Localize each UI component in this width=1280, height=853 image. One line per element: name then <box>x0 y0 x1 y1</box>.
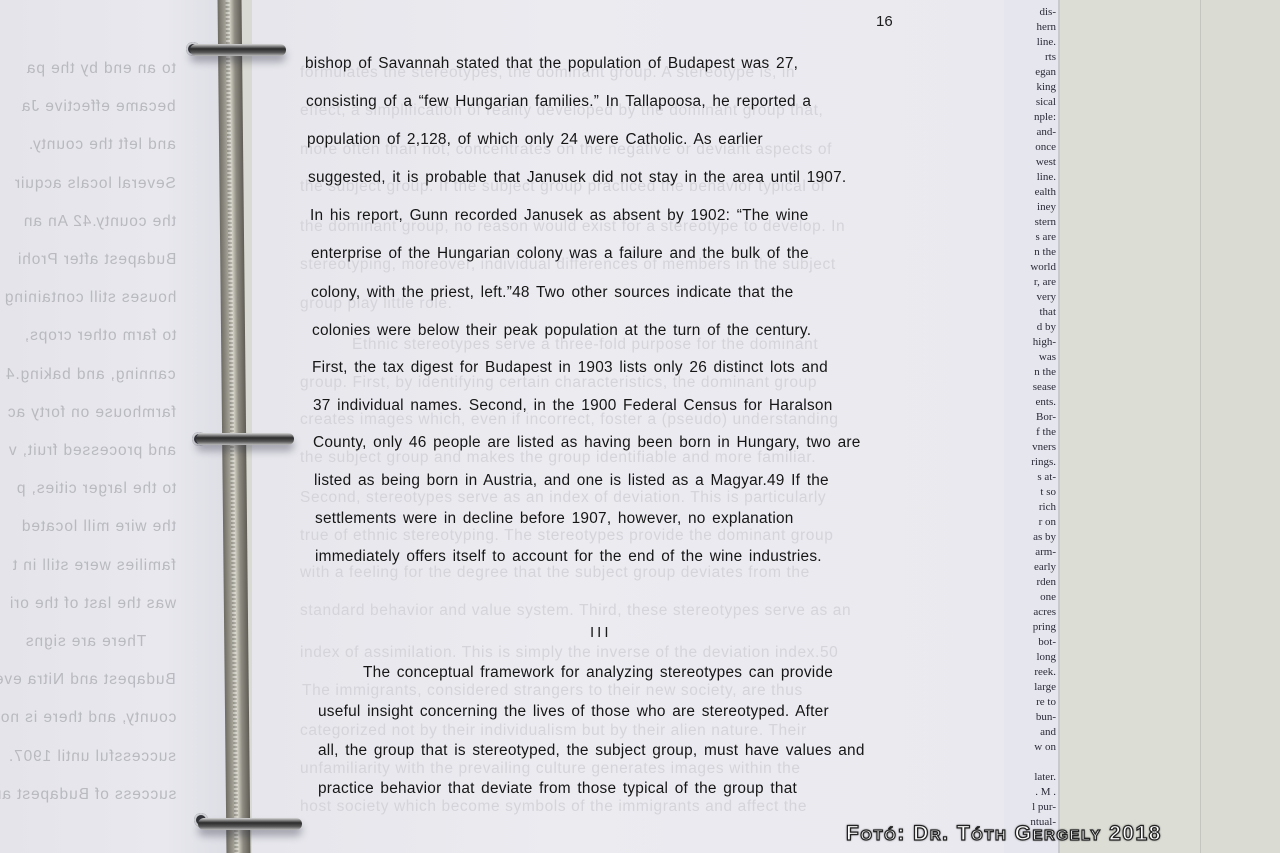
underlying-text-fragment: sical <box>1036 96 1056 108</box>
underlying-text-fragment: long <box>1036 651 1056 663</box>
underlying-text-fragment: s at- <box>1037 471 1056 483</box>
underlying-text-fragment: pring <box>1033 621 1056 633</box>
body-text-line: practice behavior that deviate from thos… <box>318 780 797 798</box>
underlying-text-fragment: early <box>1034 561 1056 573</box>
underlying-text-fragment: n the <box>1034 366 1056 378</box>
underlying-text-fragment: rden <box>1036 576 1056 588</box>
background-surface <box>1201 0 1280 853</box>
underlying-text-fragment: and- <box>1036 126 1056 138</box>
bleed-through-line: Second, stereotypes serve as an index of… <box>300 489 826 507</box>
underlying-text-fragment: stern <box>1035 216 1056 228</box>
underlying-text-fragment: west <box>1036 156 1056 168</box>
mirrored-text-line: There are signs <box>25 633 146 651</box>
underlying-text-fragment: very <box>1036 291 1056 303</box>
mirrored-text-line: the wire mill located <box>21 518 176 536</box>
mirrored-text-line: Several locals acquir <box>14 175 176 193</box>
mirrored-text-line: and left the county. <box>28 136 176 154</box>
bleed-through-line: host society which become symbols of the… <box>300 798 807 816</box>
body-text-line: consisting of a “few Hungarian families.… <box>306 93 811 111</box>
underlying-text-fragment: ealth <box>1035 186 1056 198</box>
mirrored-text-line: to an end by the pa <box>26 60 176 78</box>
underlying-text-fragment: hern <box>1036 21 1056 33</box>
mirrored-text-line: canning, and baking.4 <box>5 366 176 384</box>
underlying-text-fragment: d by <box>1037 321 1056 333</box>
underlying-text-fragment: f the <box>1036 426 1056 438</box>
underlying-page-strip: dis-hernline.rtsegankingsicalnple:and-on… <box>1004 0 1060 853</box>
underlying-text-fragment: one <box>1040 591 1056 603</box>
underlying-text-fragment: rts <box>1045 51 1056 63</box>
underlying-text-fragment: that <box>1040 306 1057 318</box>
mirrored-text-line: to farm other crops, <box>24 327 176 345</box>
photo-credit-watermark: Fotó: Dr. Tóth Gergely 2018 <box>846 822 1162 846</box>
mirrored-text-line: to the larger cities, p <box>16 480 176 498</box>
binder-ring <box>196 433 294 445</box>
mirrored-text-line: families were still in t <box>12 557 176 575</box>
underlying-text-fragment: world <box>1030 261 1056 273</box>
underlying-text-fragment: line. <box>1037 36 1056 48</box>
plastic-sleeve-edge <box>1058 0 1203 853</box>
bleed-through-line: with a feeling for the degree that the s… <box>300 564 810 582</box>
body-text-line: all, the group that is stereotyped, the … <box>318 742 865 760</box>
underlying-text-fragment: nple: <box>1034 111 1056 123</box>
underlying-text-fragment: high- <box>1033 336 1056 348</box>
bleed-through-line: index of assimilation. This is simply th… <box>300 644 838 662</box>
body-text-line: listed as being born in Austria, and one… <box>314 472 829 490</box>
underlying-text-fragment: as by <box>1033 531 1056 543</box>
body-text-line: County, only 46 people are listed as hav… <box>313 434 861 452</box>
underlying-text-fragment: r, are <box>1034 276 1056 288</box>
bleed-through-line: The immigrants, considered strangers to … <box>302 682 803 700</box>
underlying-text-fragment: later. <box>1034 771 1056 783</box>
underlying-text-fragment: king <box>1036 81 1056 93</box>
underlying-text-fragment: acres <box>1033 606 1056 618</box>
bleed-through-line: true of ethnic stereotyping. The stereot… <box>300 527 833 545</box>
mirrored-text-line: success of Budapest an <box>0 786 176 804</box>
underlying-text-fragment: once <box>1035 141 1056 153</box>
underlying-text-fragment: ents. <box>1036 396 1056 408</box>
body-text-line: The conceptual framework for analyzing s… <box>363 664 833 682</box>
document-page: 16 formulates the stereotypes, the domin… <box>252 0 1012 853</box>
underlying-text-fragment: rings. <box>1031 456 1056 468</box>
underlying-text-fragment: dis- <box>1040 6 1057 18</box>
binder-ring <box>190 44 286 56</box>
body-text-line: suggested, it is probable that Janusek d… <box>308 169 846 187</box>
underlying-text-fragment: w on <box>1034 741 1056 753</box>
binder-ring <box>198 818 302 830</box>
underlying-text-fragment: s are <box>1036 231 1056 243</box>
mirrored-text-line: county, and there is no <box>0 709 176 727</box>
underlying-text-fragment: egan <box>1035 66 1056 78</box>
underlying-text-fragment: line. <box>1037 171 1056 183</box>
underlying-text-fragment: was <box>1039 351 1056 363</box>
underlying-text-fragment: t so <box>1040 486 1056 498</box>
mirrored-text-line: Budapest after Prohi <box>17 251 176 269</box>
mirrored-text-line: farmhouse on forty ac <box>7 404 176 422</box>
facing-page: to an end by the pabecame effective Jaan… <box>0 0 236 853</box>
underlying-text-fragment: Bor- <box>1036 411 1056 423</box>
bleed-through-line: standard behavior and value system. Thir… <box>300 602 851 620</box>
underlying-text-fragment: l pur- <box>1032 801 1056 813</box>
mirrored-text-line: successful until 1907. <box>8 748 176 766</box>
body-text-line: settlements were in decline before 1907,… <box>315 510 794 528</box>
body-text-line: useful insight concerning the lives of t… <box>318 703 829 721</box>
body-text-line: population of 2,128, of which only 24 we… <box>307 131 763 149</box>
underlying-text-fragment: vners <box>1032 441 1056 453</box>
mirrored-text-line: houses still containing <box>4 289 176 307</box>
underlying-text-fragment: iney <box>1037 201 1056 213</box>
underlying-text-fragment: bun- <box>1036 711 1056 723</box>
body-text-line: colonies were below their peak populatio… <box>312 322 811 340</box>
mirrored-text-line: the county.42 An an <box>23 213 176 231</box>
underlying-text-fragment: large <box>1034 681 1056 693</box>
mirrored-text-line: Budapest and Nitra eve <box>0 671 176 689</box>
mirrored-text-line: and processed fruit, v <box>8 442 176 460</box>
underlying-text-fragment: bot- <box>1038 636 1056 648</box>
section-heading: III <box>590 624 612 641</box>
body-text-line: 37 individual names. Second, in the 1900… <box>313 397 833 415</box>
body-text-line: immediately offers itself to account for… <box>315 548 822 566</box>
bleed-through-line: unfamiliarity with the prevailing cultur… <box>300 760 801 778</box>
underlying-text-fragment: n the <box>1034 246 1056 258</box>
mirrored-text-line: was the last of the ori <box>9 595 176 613</box>
body-text-line: colony, with the priest, left.”48 Two ot… <box>311 284 793 302</box>
bleed-through-line: categorized not by their individualism b… <box>300 722 807 740</box>
underlying-text-fragment: arm- <box>1035 546 1056 558</box>
body-text-line: bishop of Savannah stated that the popul… <box>305 55 798 73</box>
underlying-text-fragment: and <box>1040 726 1056 738</box>
mirrored-text-line: became effective Ja <box>21 98 176 116</box>
underlying-text-fragment: re to <box>1036 696 1056 708</box>
page-number: 16 <box>876 13 893 30</box>
underlying-text-fragment: sease <box>1033 381 1056 393</box>
underlying-text-fragment: reek. <box>1034 666 1056 678</box>
body-text-line: In his report, Gunn recorded Janusek as … <box>310 207 809 225</box>
underlying-text-fragment: . M . <box>1035 786 1056 798</box>
underlying-text-fragment: r on <box>1039 516 1056 528</box>
underlying-text-fragment: rich <box>1039 501 1056 513</box>
body-text-line: First, the tax digest for Budapest in 19… <box>312 359 828 377</box>
body-text-line: enterprise of the Hungarian colony was a… <box>311 245 809 263</box>
